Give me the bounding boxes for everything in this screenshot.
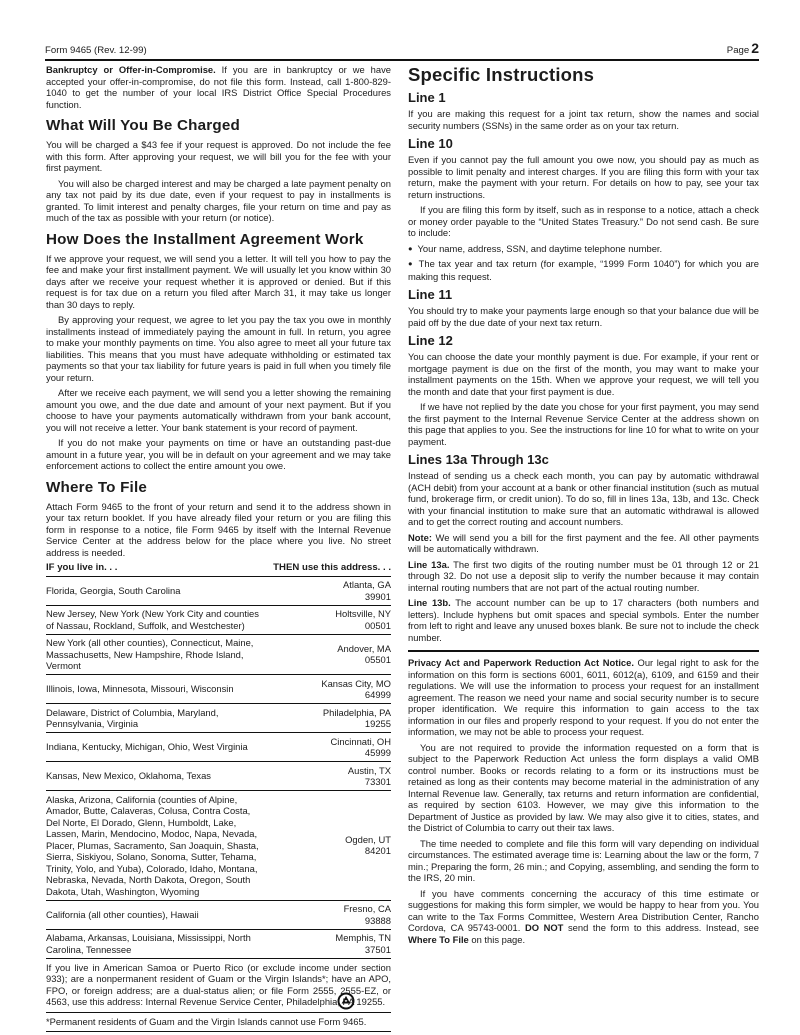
note-rest: We will send you a bill for the first pa… [408,532,759,555]
line12-paragraph-1: You can choose the date your monthly pay… [408,351,759,397]
row-zip: 00501 [267,620,391,632]
line10-paragraph-2: If you are filing this form by itself, s… [408,204,759,239]
line13b-rest: The account number can be up to 17 chara… [408,597,759,643]
row-zip: 64999 [267,689,391,701]
table-row: Delaware, District of Columbia, Maryland… [46,704,391,733]
line13a-lead: Line 13a. [408,559,449,570]
row-states: Alabama, Arkansas, Louisiana, Mississipp… [46,932,267,955]
row-address: Austin, TX73301 [267,765,391,788]
col-header-then-use-address: THEN use this address. . . [273,562,391,574]
row-city: Austin, TX [267,765,391,777]
comments-after: on this page. [469,934,525,945]
comments-mid: send the form to this address. Instead, … [563,922,759,933]
bullet-icon: ● [408,244,413,253]
right-column: Specific Instructions Line 1 If you are … [408,64,759,1032]
heading-what-will-you-be-charged: What Will You Be Charged [46,117,391,135]
row-city: Kansas City, MO [267,678,391,690]
row-states: Alaska, Arizona, California (counties of… [46,794,267,898]
row-address: Ogden, UT84201 [267,834,391,857]
bullet-icon: ● [408,259,414,268]
row-states: Illinois, Iowa, Minnesota, Missouri, Wis… [46,683,267,695]
left-column: Bankruptcy or Offer-in-Compromise. If yo… [46,64,391,1032]
row-city: Atlanta, GA [267,579,391,591]
table-row: Kansas, New Mexico, Oklahoma, TexasAusti… [46,762,391,791]
lines13-note: Note: We will send you a bill for the fi… [408,532,759,555]
row-address: Fresno, CA93888 [267,903,391,926]
heading-line-10: Line 10 [408,136,759,151]
row-address: Kansas City, MO64999 [267,678,391,701]
row-address: Philadelphia, PA19255 [267,707,391,730]
row-states: Delaware, District of Columbia, Maryland… [46,707,267,730]
guam-footnote: *Permanent residents of Guam and the Vir… [46,1013,391,1033]
row-city: Memphis, TN [267,932,391,944]
privacy-paragraph-2: You are not required to provide the info… [408,742,759,834]
line10-bullet-1: ●Your name, address, SSN, and daytime te… [408,243,759,256]
line10-paragraph-1: Even if you cannot pay the full amount y… [408,154,759,200]
line1-paragraph: If you are making this request for a joi… [408,108,759,131]
how-paragraph-1: If we approve your request, we will send… [46,253,391,311]
note-lead: Note: [408,532,432,543]
where-paragraph-1: Attach Form 9465 to the front of your re… [46,501,391,559]
row-states: California (all other counties), Hawaii [46,909,267,921]
how-paragraph-4: If you do not make your payments on time… [46,437,391,472]
privacy-section-divider [408,650,759,652]
row-city: Ogden, UT [267,834,391,846]
row-address: Atlanta, GA39901 [267,579,391,602]
privacy-rest: Our legal right to ask for the informati… [408,657,759,737]
page-number: 2 [751,40,759,56]
table-row: New Jersey, New York (New York City and … [46,606,391,635]
heading-line-1: Line 1 [408,90,759,105]
row-zip: 73301 [267,776,391,788]
row-states: New York (all other counties), Connectic… [46,637,267,672]
line13b-lead: Line 13b. [408,597,451,608]
table-row: Illinois, Iowa, Minnesota, Missouri, Wis… [46,675,391,704]
charged-paragraph-1: You will be charged a $43 fee if your re… [46,139,391,174]
line13b-paragraph: Line 13b. The account number can be up t… [408,597,759,643]
how-paragraph-2: By approving your request, we agree to l… [46,314,391,383]
row-city: Philadelphia, PA [267,707,391,719]
row-states: New Jersey, New York (New York City and … [46,608,267,631]
recycle-icon [337,992,355,1010]
line10-bullet-2: ●The tax year and tax return (for exampl… [408,258,759,282]
heading-how-installment-agreement-works: How Does the Installment Agreement Work [46,231,391,249]
line11-paragraph: You should try to make your payments lar… [408,305,759,328]
row-address: Memphis, TN37501 [267,932,391,955]
row-address: Andover, MA05501 [267,643,391,666]
row-zip: 93888 [267,915,391,927]
do-not-emphasis: DO NOT [525,922,563,933]
form-title: Form 9465 (Rev. 12-99) [45,45,147,56]
privacy-paragraph-1: Privacy Act and Paperwork Reduction Act … [408,657,759,738]
privacy-paragraph-4: If you have comments concerning the accu… [408,888,759,946]
how-paragraph-3: After we receive each payment, we will s… [46,387,391,433]
table-row: California (all other counties), HawaiiF… [46,901,391,930]
row-zip: 37501 [267,944,391,956]
row-zip: 05501 [267,654,391,666]
bullet-text: Your name, address, SSN, and daytime tel… [418,243,663,254]
table-row: Alaska, Arizona, California (counties of… [46,791,391,901]
heading-where-to-file: Where To File [46,479,391,497]
content-columns: Bankruptcy or Offer-in-Compromise. If yo… [46,64,759,1032]
col-header-if-you-live-in: IF you live in. . . [46,562,117,574]
row-states: Indiana, Kentucky, Michigan, Ohio, West … [46,741,267,753]
privacy-lead: Privacy Act and Paperwork Reduction Act … [408,657,634,668]
row-address: Holtsville, NY00501 [267,608,391,631]
row-states: Florida, Georgia, South Carolina [46,585,267,597]
lines13-paragraph-1: Instead of sending us a check each month… [408,470,759,528]
form-9465-page-2: Form 9465 (Rev. 12-99) Page2 Bankruptcy … [0,0,800,1035]
privacy-paragraph-3: The time needed to complete and file thi… [408,838,759,884]
line12-paragraph-2: If we have not replied by the date you c… [408,401,759,447]
bankruptcy-paragraph: Bankruptcy or Offer-in-Compromise. If yo… [46,64,391,110]
page-number-group: Page2 [727,40,759,56]
heading-line-11: Line 11 [408,287,759,302]
row-zip: 19255 [267,718,391,730]
row-zip: 84201 [267,845,391,857]
where-table-rows: Florida, Georgia, South CarolinaAtlanta,… [46,577,391,959]
row-city: Fresno, CA [267,903,391,915]
bullet-text: The tax year and tax return (for example… [408,258,759,282]
row-zip: 45999 [267,747,391,759]
page-label: Page [727,45,749,56]
row-city: Holtsville, NY [267,608,391,620]
row-address: Cincinnati, OH45999 [267,736,391,759]
where-to-file-table: IF you live in. . . THEN use this addres… [46,562,391,1032]
where-to-file-reference: Where To File [408,934,469,945]
heading-specific-instructions: Specific Instructions [408,64,759,85]
table-row: New York (all other counties), Connectic… [46,635,391,676]
table-row: Florida, Georgia, South CarolinaAtlanta,… [46,577,391,606]
row-city: Cincinnati, OH [267,736,391,748]
line13a-rest: The first two digits of the routing numb… [408,559,759,593]
table-header-row: IF you live in. . . THEN use this addres… [46,562,391,577]
row-zip: 39901 [267,591,391,603]
bankruptcy-lead: Bankruptcy or Offer-in-Compromise. [46,64,216,75]
row-city: Andover, MA [267,643,391,655]
heading-lines-13a-13c: Lines 13a Through 13c [408,452,759,467]
heading-line-12: Line 12 [408,333,759,348]
table-row: Alabama, Arkansas, Louisiana, Mississipp… [46,930,391,959]
line13a-paragraph: Line 13a. The first two digits of the ro… [408,559,759,594]
charged-paragraph-2: You will also be charged interest and ma… [46,178,391,224]
page-header: Form 9465 (Rev. 12-99) Page2 [45,40,759,61]
table-row: Indiana, Kentucky, Michigan, Ohio, West … [46,733,391,762]
row-states: Kansas, New Mexico, Oklahoma, Texas [46,770,267,782]
